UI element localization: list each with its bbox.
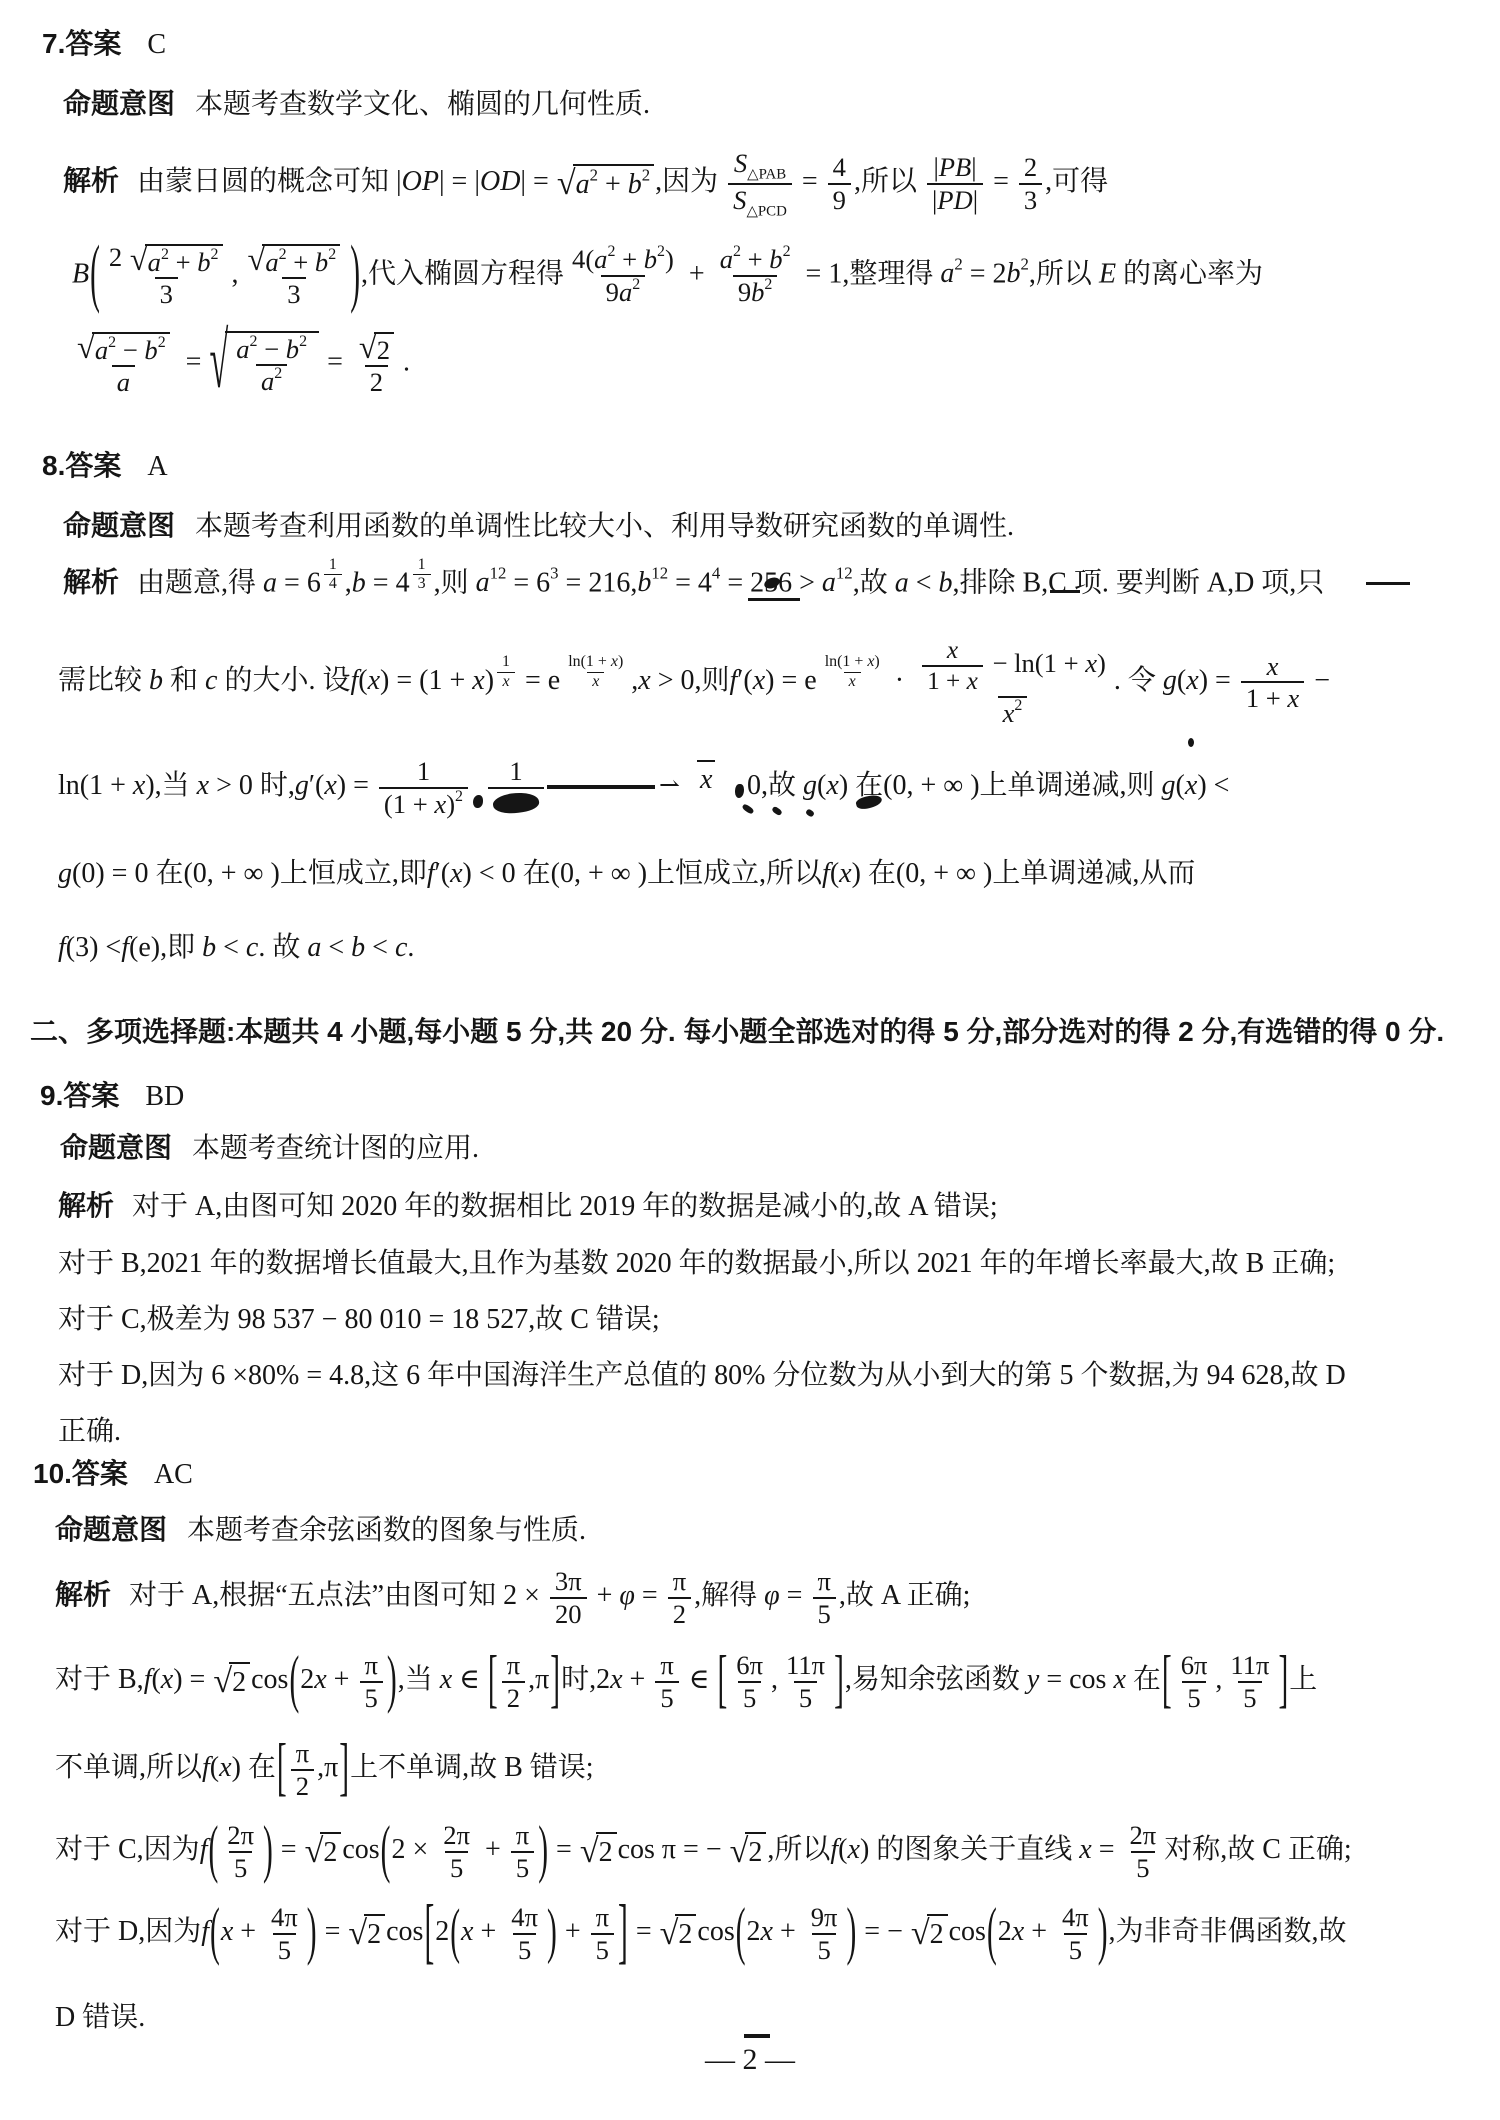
q9-analysis-line-4: 对于 D,因为 6 ×80% = 4.8,这 6 年中国海洋生产总值的 80% … [58, 1358, 1346, 1394]
q8-analysis-line-4: g(0) = 0 在(0, + ∞ )上恒成立,即f′(x) < 0 在(0, … [58, 856, 1195, 892]
scan-artifact [744, 2034, 770, 2038]
q7-analysis-line-1: 解析由蒙日圆的概念可知 |OP| = |OD| = √a2 + b2,因为 S△… [63, 148, 1108, 219]
q7-analysis-line-2: B(2 √a2 + b23,√a2 + b23),代入椭圆方程得4(a2 + b… [72, 242, 1263, 310]
q8-analysis-line-5: f(3) <f(e),即 b < c. 故 a < b < c. [58, 930, 414, 966]
q8-intent-line: 命题意图本题考查利用函数的单调性比较大小、利用导数研究函数的单调性. [63, 508, 1014, 545]
q10-analysis-line-2: 对于 B,f(x) = √2cos(2x + π5),当 x ∈ [π2,π]时… [55, 1650, 1317, 1713]
q10-analysis-line-5: 对于 D,因为f(x + 4π5) = √2cos[2(x + 4π5) + π… [55, 1902, 1347, 1965]
q10-intent-line: 命题意图本题考查余弦函数的图象与性质. [55, 1512, 586, 1549]
q10-analysis-line-6: D 错误. [55, 2000, 145, 2036]
scan-artifact [1366, 582, 1410, 585]
scan-artifact [748, 598, 800, 601]
q9-analysis-line-2: 对于 B,2021 年的数据增长值最大,且作为基数 2020 年的数据最小,所以… [58, 1246, 1335, 1282]
q10-analysis-line-4: 对于 C,因为f(2π5) = √2cos(2 × 2π5 + π5) = √2… [55, 1820, 1352, 1883]
exam-answer-page: 7.答案C 命题意图本题考查数学文化、椭圆的几何性质. 解析由蒙日圆的概念可知 … [0, 0, 1500, 2120]
q7-analysis-line-3: √a2 − b2a = √a2 − b2a2 = √22. [68, 330, 410, 398]
page-number: — 2 — [705, 2040, 795, 2079]
q9-analysis-line-3: 对于 C,极差为 98 537 − 80 010 = 18 527,故 C 错误… [58, 1302, 660, 1338]
q10-analysis-line-3: 不单调,所以f(x) 在[π2,π]上不单调,故 B 错误; [55, 1738, 594, 1801]
q9-intent-line: 命题意图本题考查统计图的应用. [60, 1130, 479, 1167]
section-2-header: 二、多项选择题:本题共 4 小题,每小题 5 分,共 20 分. 每小题全部选对… [30, 1014, 1444, 1051]
q8-analysis-line-2: 需比较 b 和 c 的大小. 设f(x) = (1 + x)1x = eln(1… [58, 636, 1330, 729]
q10-answer-line: 10.答案AC [33, 1456, 193, 1493]
q8-analysis-line-3: ln(1 + x),当 x > 0 时,g′(x) = 1(1 + x)21⇀x… [58, 756, 1229, 819]
q7-answer-line: 7.答案C [42, 26, 166, 63]
page-number-text: — 2 — [705, 2043, 795, 2076]
q8-analysis-line-1: 解析由题意,得 a = 614,b = 413,则 a12 = 63 = 216… [63, 556, 1324, 602]
q10-analysis-line-1: 解析对于 A,根据“五点法”由图可知 2 × 3π20 + φ = π2,解得 … [55, 1566, 970, 1629]
q9-answer-line: 9.答案BD [40, 1078, 184, 1115]
q9-analysis-line-1: 解析对于 A,由图可知 2020 年的数据相比 2019 年的数据是减小的,故 … [58, 1188, 998, 1225]
q7-intent-line: 命题意图本题考查数学文化、椭圆的几何性质. [63, 86, 650, 123]
scan-artifact [1188, 738, 1194, 747]
q9-analysis-line-5: 正确. [58, 1414, 121, 1450]
q8-answer-line: 8.答案A [42, 448, 168, 485]
scan-artifact [1050, 590, 1080, 593]
